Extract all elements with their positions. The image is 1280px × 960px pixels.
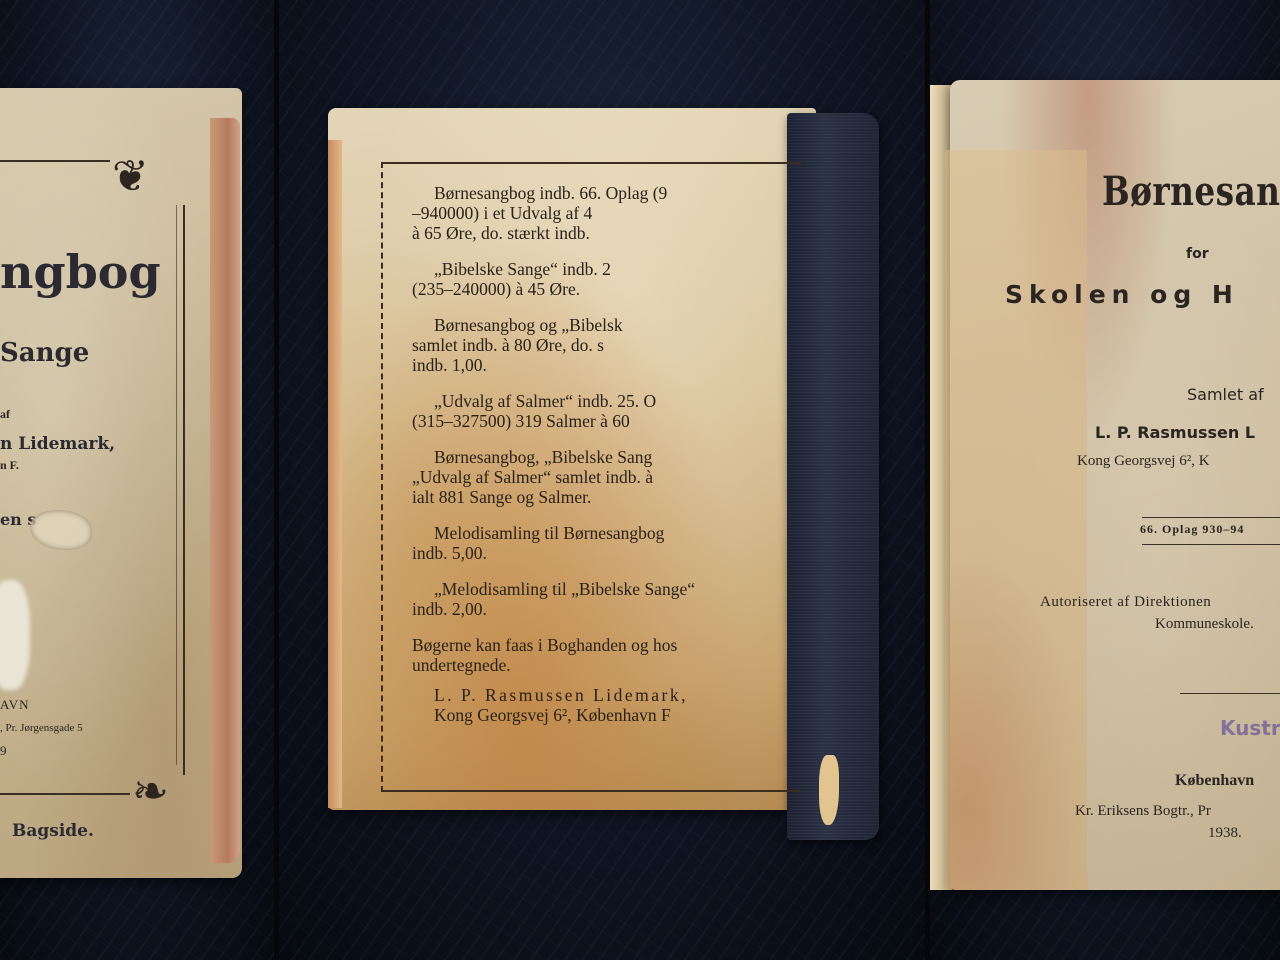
front-cover-paper (0, 88, 242, 878)
price-entry: Børnesangbog, „Bibelske Sang „Udvalg af … (412, 447, 792, 507)
price-entry: Melodisamling til Børnesangbog indb. 5,0… (412, 523, 792, 563)
publisher-address: Kong Georgsvej 6², København F (412, 705, 792, 725)
spine-tear (819, 755, 839, 825)
price-entry: Børnesangbog indb. 66. Oplag (9 –940000)… (412, 183, 792, 243)
price-list: Børnesangbog indb. 66. Oplag (9 –940000)… (412, 183, 792, 725)
front-cover-page-edges (210, 118, 240, 863)
title-page-city: København (1175, 772, 1254, 790)
front-year-fragment: 9 (0, 743, 7, 759)
price-entry: Børnesangbog og „Bibelsk samlet indb. à … (412, 315, 792, 375)
title-page-authorized: Autoriseret af Direktionen (1040, 594, 1211, 611)
price-entry: „Melodisamling til „Bibelske Sange“ indb… (412, 579, 792, 619)
frame-line-right (183, 205, 185, 775)
title-page-address: Kong Georgsvej 6², K (1077, 453, 1210, 470)
price-entry: „Bibelske Sange“ indb. 2 (235–240000) à … (412, 259, 792, 299)
front-printer-fragment: , Pr. Jørgensgade 5 (0, 722, 83, 734)
frame-line-top (0, 160, 110, 162)
left-photo-front-cover: ❦ ❧ ngbog Sange af n Lidemark, n F. en s… (0, 0, 274, 960)
front-subtitle-fragment: Sange (0, 338, 89, 368)
worn-patch (0, 580, 30, 690)
front-author-fragment: n Lidemark, (0, 434, 115, 454)
rule-bottom (1142, 544, 1280, 545)
title-page-for: for (1186, 246, 1209, 262)
back-cover-page-edges (328, 140, 342, 808)
availability-note: Bøgerne kan faas i Boghanden og hos unde… (412, 635, 792, 675)
title-page-school: Kommuneskole. (1155, 616, 1254, 633)
right-photo-title-page: Børnesang for Skolen og H Samlet af L. P… (930, 0, 1280, 960)
front-by-fragment: af (0, 407, 10, 422)
frame-line-bottom (0, 793, 130, 795)
corner-ornament-top-icon: ❦ (112, 155, 149, 199)
front-place-fragment: AVN (0, 697, 30, 713)
photo-collage: ❦ ❧ ngbog Sange af n Lidemark, n F. en s… (0, 0, 1280, 960)
title-page-title: Børnesang (1102, 168, 1280, 215)
price-entry: „Udvalg af Salmer“ indb. 25. O (315–3275… (412, 391, 792, 431)
middle-photo-back-cover: Børnesangbog indb. 66. Oplag (9 –940000)… (279, 0, 925, 960)
title-page-edition: 66. Oplag 930–94 (1140, 522, 1244, 537)
owner-stamp: Kustrup (1220, 716, 1280, 740)
publisher-signature: L. P. Rasmussen Lidemark, (412, 685, 792, 705)
aged-tape-strip (945, 150, 1087, 890)
frame-line-right-inner (176, 205, 177, 765)
corner-ornament-bottom-icon: ❧ (132, 770, 169, 814)
front-city-fragment: n F. (0, 458, 19, 473)
title-page-compiled-by: Samlet af (1187, 385, 1264, 404)
front-footer-fragment: Bagside. (12, 821, 94, 841)
rule-top (1142, 517, 1280, 518)
rule-lower (1180, 693, 1280, 694)
front-title-fragment: ngbog (0, 245, 161, 299)
title-page-subtitle: Skolen og H (1005, 280, 1239, 309)
title-page-year: 1938. (1208, 825, 1242, 842)
title-page-author: L. P. Rasmussen L (1095, 423, 1255, 442)
title-page-printer: Kr. Eriksens Bogtr., Pr (1075, 803, 1211, 820)
